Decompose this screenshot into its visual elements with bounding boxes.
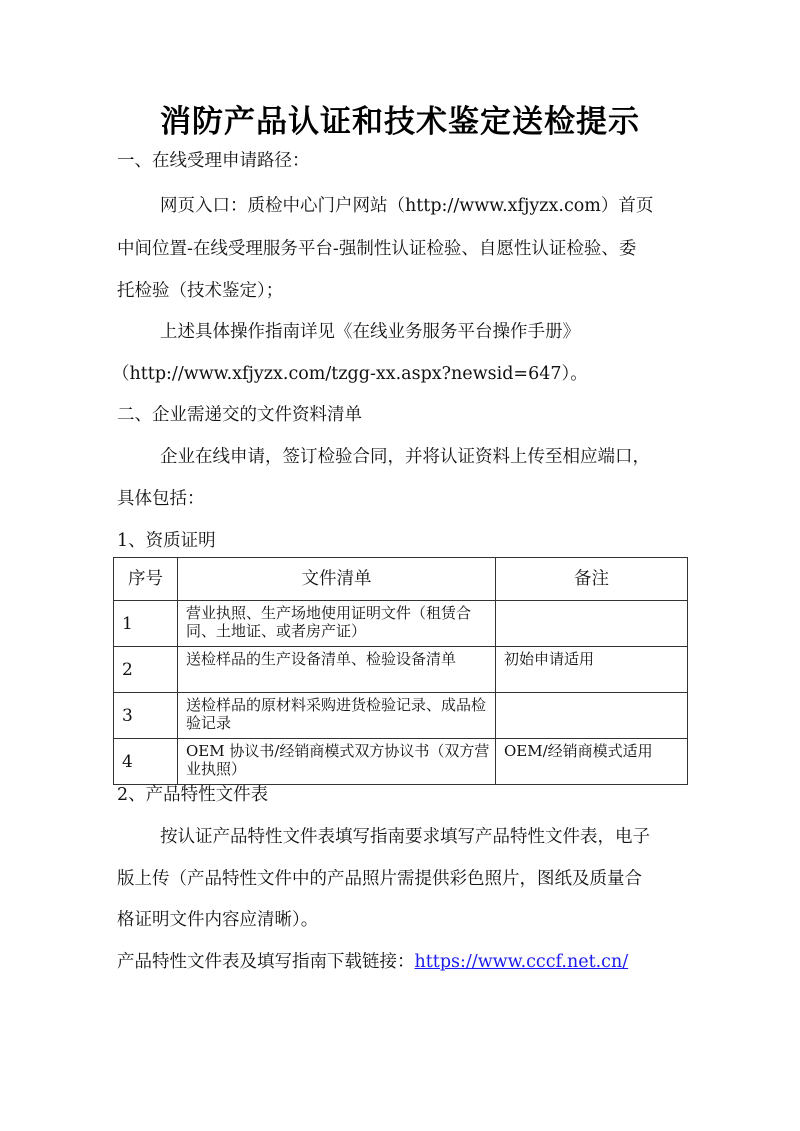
row-note: 初始申请适用 bbox=[496, 647, 688, 693]
section1-para2-line1: 上述具体操作指南详见《在线业务服务平台操作手册》 bbox=[160, 318, 580, 343]
row-document: 送检样品的生产设备清单、检验设备清单 bbox=[178, 647, 496, 693]
download-label: 产品特性文件表及填写指南下载链接： bbox=[117, 952, 415, 972]
row-index: 2 bbox=[114, 647, 178, 693]
section1-heading: 一、在线受理申请路径： bbox=[117, 147, 310, 172]
subsection2-para-line2: 版上传（产品特性文件中的产品照片需提供彩色照片，图纸及质量合 bbox=[117, 865, 642, 890]
subsection2-para-line3: 格证明文件内容应清晰）。 bbox=[117, 906, 318, 931]
table-header-row: 序号 文件清单 备注 bbox=[114, 558, 688, 601]
document-page: 消防产品认证和技术鉴定送检提示 一、在线受理申请路径： 网页入口：质检中心门户网… bbox=[0, 0, 800, 1131]
row-index: 3 bbox=[114, 693, 178, 739]
section2-heading: 二、企业需递交的文件资料清单 bbox=[117, 401, 362, 426]
row-document: 送检样品的原材料采购进货检验记录、成品检验记录 bbox=[178, 693, 496, 739]
section1-para1-line2: 中间位置-在线受理服务平台-强制性认证检验、自愿性认证检验、委 bbox=[117, 235, 636, 260]
row-document: 营业执照、生产场地使用证明文件（租赁合同、土地证、或者房产证） bbox=[178, 601, 496, 647]
header-document-list: 文件清单 bbox=[178, 558, 496, 601]
row-index: 1 bbox=[114, 601, 178, 647]
subsection2-heading: 2、产品特性文件表 bbox=[117, 781, 268, 806]
download-link[interactable]: https://www.cccf.net.cn/ bbox=[415, 952, 629, 972]
section1-para2-line2: （http://www.xfjyzx.com/tzgg-xx.aspx?news… bbox=[112, 360, 588, 385]
row-note bbox=[496, 601, 688, 647]
header-index: 序号 bbox=[114, 558, 178, 601]
qualification-table: 序号 文件清单 备注 1 营业执照、生产场地使用证明文件（租赁合同、土地证、或者… bbox=[113, 557, 688, 785]
document-title: 消防产品认证和技术鉴定送检提示 bbox=[0, 96, 800, 141]
section1-para1-line1: 网页入口：质检中心门户网站（http://www.xfjyzx.com）首页 bbox=[160, 192, 653, 217]
table-row: 1 营业执照、生产场地使用证明文件（租赁合同、土地证、或者房产证） bbox=[114, 601, 688, 647]
row-document: OEM 协议书/经销商模式双方协议书（双方营业执照） bbox=[178, 739, 496, 785]
download-line: 产品特性文件表及填写指南下载链接：https://www.cccf.net.cn… bbox=[117, 948, 628, 973]
table-row: 2 送检样品的生产设备清单、检验设备清单 初始申请适用 bbox=[114, 647, 688, 693]
section1-para1-line3: 托检验（技术鉴定）； bbox=[117, 277, 283, 302]
subsection1-heading: 1、资质证明 bbox=[117, 527, 216, 552]
section2-para-line2: 具体包括： bbox=[117, 485, 205, 510]
row-index: 4 bbox=[114, 739, 178, 785]
section2-para-line1: 企业在线申请，签订检验合同，并将认证资料上传至相应端口， bbox=[160, 443, 650, 468]
table-row: 4 OEM 协议书/经销商模式双方协议书（双方营业执照） OEM/经销商模式适用 bbox=[114, 739, 688, 785]
row-note bbox=[496, 693, 688, 739]
row-note: OEM/经销商模式适用 bbox=[496, 739, 688, 785]
table-row: 3 送检样品的原材料采购进货检验记录、成品检验记录 bbox=[114, 693, 688, 739]
header-note: 备注 bbox=[496, 558, 688, 601]
subsection2-para-line1: 按认证产品特性文件表填写指南要求填写产品特性文件表，电子 bbox=[160, 823, 650, 848]
